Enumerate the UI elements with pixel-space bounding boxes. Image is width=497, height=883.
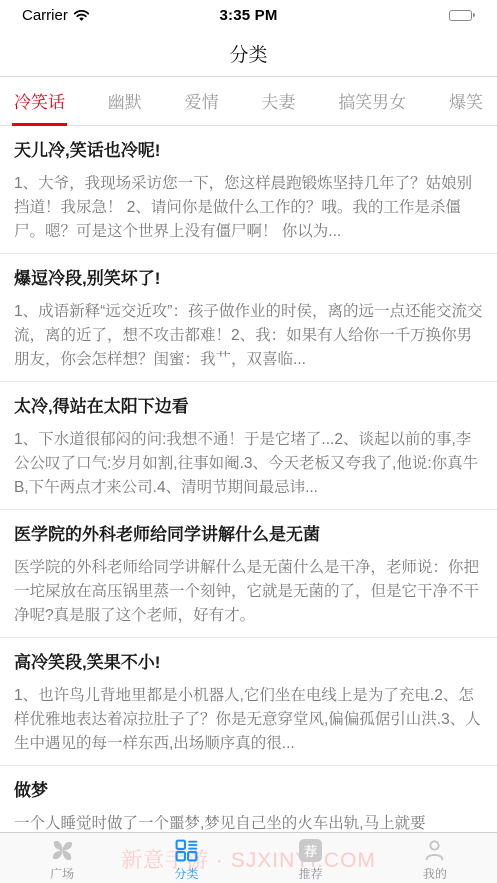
article-item[interactable]: 天儿冷,笑话也冷呢! 1、大爷，我现场采访您一下，您这样晨跑锻炼坚持几年了？姑娘… <box>0 126 497 253</box>
article-list: 天儿冷,笑话也冷呢! 1、大爷，我现场采访您一下，您这样晨跑锻炼坚持几年了？姑娘… <box>0 126 497 845</box>
category-tab-bar: 冷笑话 幽默 爱情 夫妻 搞笑男女 爆笑 <box>0 77 497 126</box>
tab-recommend[interactable]: 荐 推荐 <box>249 833 373 883</box>
article-title: 爆逗冷段,别笑坏了! <box>14 267 483 291</box>
article-preview: 1、成语新释“远交近攻”：孩子做作业的时侯，离的远一点还能交流交流，离的近了，想… <box>14 300 483 372</box>
recommend-badge-icon: 荐 <box>299 838 322 863</box>
tab-label: 我的 <box>423 865 447 882</box>
status-bar: Carrier 3:35 PM <box>0 0 497 30</box>
bottom-tab-bar: 新意手游 · SJXINYI.COM 广场 <box>0 832 497 883</box>
tab-mine[interactable]: 我的 <box>373 833 497 883</box>
article-item[interactable]: 爆逗冷段,别笑坏了! 1、成语新释“远交近攻”：孩子做作业的时侯，离的远一点还能… <box>0 253 497 381</box>
tab-plaza[interactable]: 广场 <box>0 833 124 883</box>
article-title: 医学院的外科老师给同学讲解什么是无菌 <box>14 523 483 547</box>
article-preview: 医学院的外科老师给同学讲解什么是无菌什么是干净，老师说：你把一坨屎放在高压锅里蒸… <box>14 556 483 628</box>
article-title: 高冷笑段,笑果不小! <box>14 651 483 675</box>
article-preview: 1、下水道很郁闷的问:我想不通！于是它堵了...2、谈起以前的事,李公公叹了口气… <box>14 428 483 500</box>
category-tab-youmo[interactable]: 幽默 <box>106 77 144 126</box>
article-preview: 1、也许鸟儿背地里都是小机器人,它们坐在电线上是为了充电.2、怎样优雅地表达着凉… <box>14 684 483 756</box>
tab-label: 分类 <box>174 865 198 882</box>
app-screen: Carrier 3:35 PM 分类 冷笑话 幽默 爱情 夫妻 搞笑男女 <box>0 0 497 883</box>
category-tab-aiqing[interactable]: 爱情 <box>183 77 221 126</box>
tab-label: 推荐 <box>299 865 323 882</box>
nav-bar: 分类 <box>0 30 497 77</box>
category-tab-baoxiao[interactable]: 爆笑 <box>447 77 485 126</box>
status-time: 3:35 PM <box>0 7 497 24</box>
article-title: 做梦 <box>14 779 483 803</box>
article-title: 天儿冷,笑话也冷呢! <box>14 139 483 163</box>
article-title: 太冷,得站在太阳下边看 <box>14 395 483 419</box>
tab-label: 广场 <box>50 865 74 882</box>
article-preview: 1、大爷，我现场采访您一下，您这样晨跑锻炼坚持几年了？姑娘别挡道！我尿急！ 2、… <box>14 172 483 244</box>
battery-icon <box>449 10 475 21</box>
article-item[interactable]: 高冷笑段,笑果不小! 1、也许鸟儿背地里都是小机器人,它们坐在电线上是为了充电.… <box>0 637 497 765</box>
article-item[interactable]: 太冷,得站在太阳下边看 1、下水道很郁闷的问:我想不通！于是它堵了...2、谈起… <box>0 381 497 509</box>
category-tab-fuqi[interactable]: 夫妻 <box>259 77 297 126</box>
category-tab-lengxiaohua[interactable]: 冷笑话 <box>12 77 67 126</box>
page-title: 分类 <box>229 40 267 67</box>
article-item[interactable]: 医学院的外科老师给同学讲解什么是无菌 医学院的外科老师给同学讲解什么是无菌什么是… <box>0 509 497 637</box>
category-grid-icon <box>174 838 199 863</box>
pinwheel-icon <box>50 838 75 863</box>
tab-categories[interactable]: 分类 <box>124 833 248 883</box>
person-icon <box>422 838 447 863</box>
category-tab-gaoxiaonannv[interactable]: 搞笑男女 <box>336 77 408 126</box>
